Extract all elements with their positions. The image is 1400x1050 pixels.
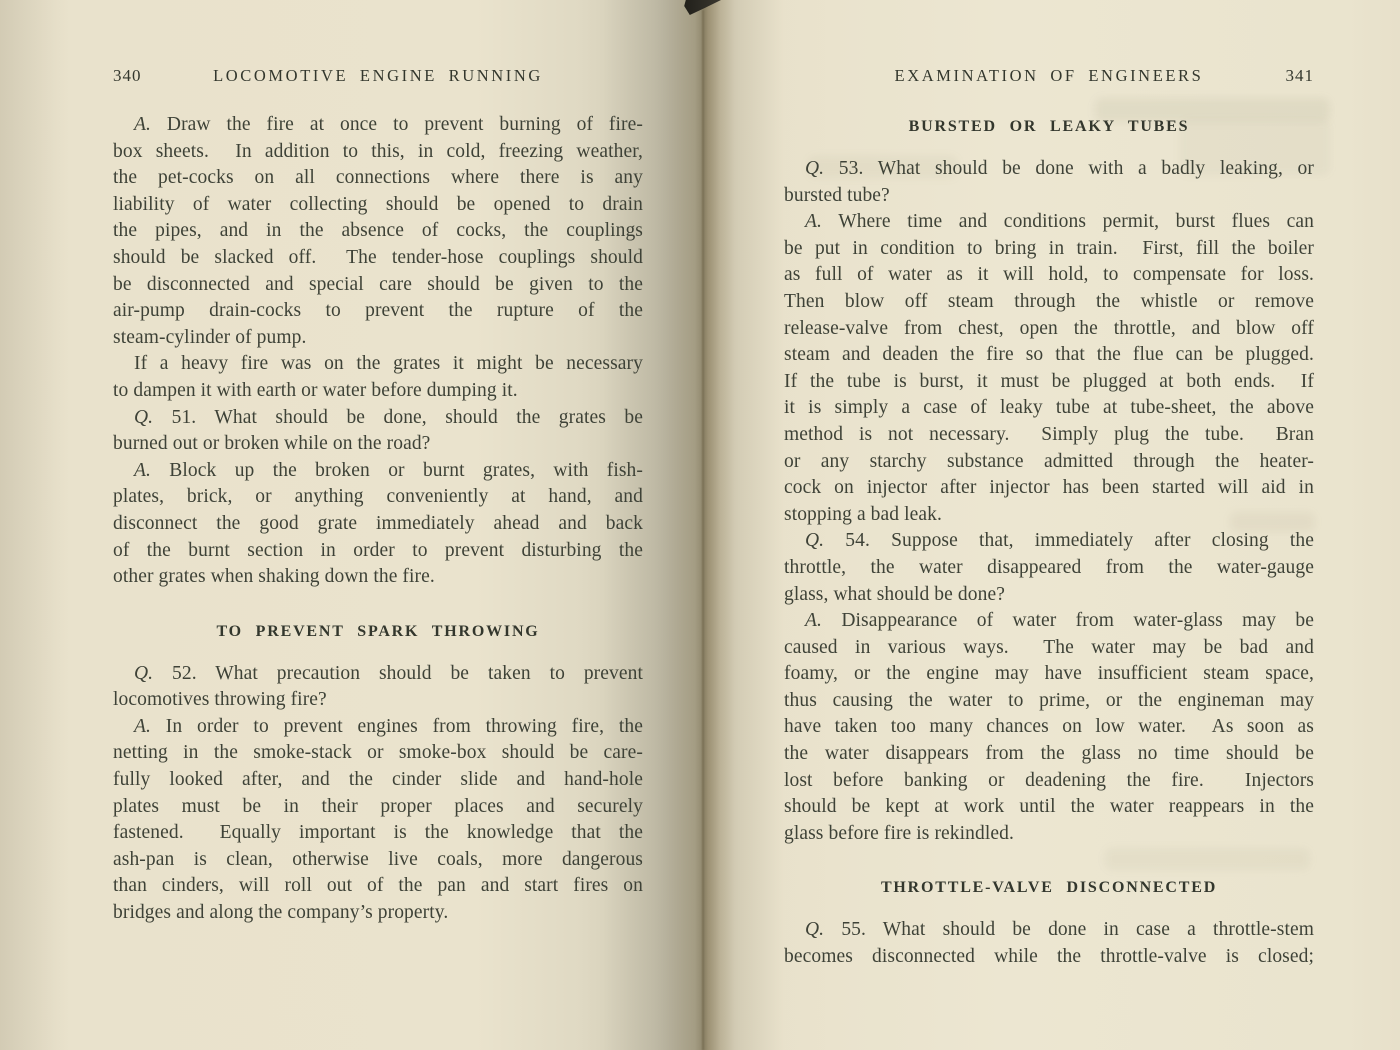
- text-line: fully looked after, and the cinder slide…: [113, 767, 643, 794]
- text-line: air-pump drain-cocks to prevent the rupt…: [113, 298, 643, 325]
- qa-lead: Q.: [134, 407, 153, 428]
- qa-lead: A.: [805, 211, 822, 232]
- section-heading: THROTTLE-VALVE DISCONNECTED: [784, 878, 1314, 898]
- text-line: cock on injector after injector has been…: [784, 475, 1314, 502]
- running-head-left: 340 LOCOMOTIVE ENGINE RUNNING: [113, 66, 643, 86]
- text-line: stopping a bad leak.: [784, 502, 1314, 529]
- text-line: lost before banking or deadening the fir…: [784, 768, 1314, 795]
- text-line: to dampen it with earth or water before …: [113, 378, 643, 405]
- text-line: than cinders, will roll out of the pan a…: [113, 873, 643, 900]
- spine-notch: [681, 0, 721, 15]
- text-line: ash-pan is clean, otherwise live coals, …: [113, 847, 643, 874]
- text-line: be put in condition to bring in train. F…: [784, 236, 1314, 263]
- text-line: Q. 53. What should be done with a badly …: [784, 156, 1314, 183]
- text-line: Q. 54. Suppose that, immediately after c…: [784, 528, 1314, 555]
- text-line: box sheets. In addition to this, in cold…: [113, 139, 643, 166]
- text-line: the pipes, and in the absence of cocks, …: [113, 218, 643, 245]
- text-line: If the tube is burst, it must be plugged…: [784, 369, 1314, 396]
- text-line: Q. 51. What should be done, should the g…: [113, 405, 643, 432]
- text-line: should be kept at work until the water r…: [784, 794, 1314, 821]
- text-line: Q. 55. What should be done in case a thr…: [784, 917, 1314, 944]
- text-line: A. In order to prevent engines from thro…: [113, 714, 643, 741]
- running-head-right: EXAMINATION OF ENGINEERS 341: [784, 66, 1314, 86]
- text-line: A. Draw the fire at once to prevent burn…: [113, 112, 643, 139]
- qa-lead: Q.: [805, 158, 824, 179]
- text-line: Then blow off steam through the whistle …: [784, 289, 1314, 316]
- text-line: glass before fire is rekindled.: [784, 821, 1314, 848]
- text-line: have taken too many chances on low water…: [784, 714, 1314, 741]
- text-line: method is not necessary. Simply plug the…: [784, 422, 1314, 449]
- text-line: throttle, the water disappeared from the…: [784, 555, 1314, 582]
- text-line: becomes disconnected while the throttle-…: [784, 944, 1314, 971]
- page-edge-shade: [0, 0, 70, 1050]
- page-right: EXAMINATION OF ENGINEERS 341 BURSTED OR …: [784, 66, 1314, 971]
- qa-lead: Q.: [805, 530, 824, 551]
- text-line: A. Block up the broken or burnt grates, …: [113, 458, 643, 485]
- running-title-right: EXAMINATION OF ENGINEERS: [856, 66, 1242, 86]
- section-heading: TO PREVENT SPARK THROWING: [113, 622, 643, 642]
- page-number-left: 340: [113, 66, 185, 86]
- text-line: the pet-cocks on all connections where t…: [113, 165, 643, 192]
- text-line: as full of water as it will hold, to com…: [784, 262, 1314, 289]
- qa-lead: A.: [134, 114, 151, 135]
- text-line: A. Where time and conditions permit, bur…: [784, 209, 1314, 236]
- text-line: fastened. Equally important is the knowl…: [113, 820, 643, 847]
- text-line: locomotives throwing fire?: [113, 687, 643, 714]
- text-line: should be slacked off. The tender-hose c…: [113, 245, 643, 272]
- text-line: foamy, or the engine may have insufficie…: [784, 661, 1314, 688]
- section-heading: BURSTED OR LEAKY TUBES: [784, 117, 1314, 137]
- text-line: of the burnt section in order to prevent…: [113, 538, 643, 565]
- text-line: steam and deaden the fire so that the fl…: [784, 342, 1314, 369]
- text-line: disconnect the good grate immediately ah…: [113, 511, 643, 538]
- text-line: thus causing the water to prime, or the …: [784, 688, 1314, 715]
- text-line: it is simply a case of leaky tube at tub…: [784, 395, 1314, 422]
- text-line: other grates when shaking down the fire.: [113, 564, 643, 591]
- text-line: bursted tube?: [784, 183, 1314, 210]
- qa-lead: A.: [805, 610, 822, 631]
- text-line: be disconnected and special care should …: [113, 272, 643, 299]
- qa-lead: Q.: [134, 663, 153, 684]
- text-line: glass, what should be done?: [784, 582, 1314, 609]
- running-title-left: LOCOMOTIVE ENGINE RUNNING: [185, 66, 571, 86]
- page-left: 340 LOCOMOTIVE ENGINE RUNNING A. Draw th…: [113, 66, 643, 927]
- text-line: caused in various ways. The water may be…: [784, 635, 1314, 662]
- qa-lead: Q.: [805, 919, 824, 940]
- text-line: burned out or broken while on the road?: [113, 431, 643, 458]
- text-line: bridges and along the company’s property…: [113, 900, 643, 927]
- text-line: plates, brick, or anything conveniently …: [113, 484, 643, 511]
- text-line: netting in the smoke-stack or smoke-box …: [113, 740, 643, 767]
- text-line: the water disappears from the glass no t…: [784, 741, 1314, 768]
- text-line: release-valve from chest, open the throt…: [784, 316, 1314, 343]
- qa-lead: A.: [134, 716, 151, 737]
- book-spread: 340 LOCOMOTIVE ENGINE RUNNING A. Draw th…: [0, 0, 1400, 1050]
- page-body-left: A. Draw the fire at once to prevent burn…: [113, 86, 643, 927]
- qa-lead: A.: [134, 460, 151, 481]
- text-line: liability of water collecting should be …: [113, 192, 643, 219]
- text-line: If a heavy fire was on the grates it mig…: [113, 351, 643, 378]
- page-body-right: BURSTED OR LEAKY TUBESQ. 53. What should…: [784, 86, 1314, 971]
- text-line: steam-cylinder of pump.: [113, 325, 643, 352]
- gutter-crease: [702, 10, 704, 1050]
- text-line: plates must be in their proper places an…: [113, 794, 643, 821]
- text-line: or any starchy substance admitted throug…: [784, 449, 1314, 476]
- page-number-right: 341: [1242, 66, 1314, 86]
- text-line: Q. 52. What precaution should be taken t…: [113, 661, 643, 688]
- text-line: A. Disappearance of water from water-gla…: [784, 608, 1314, 635]
